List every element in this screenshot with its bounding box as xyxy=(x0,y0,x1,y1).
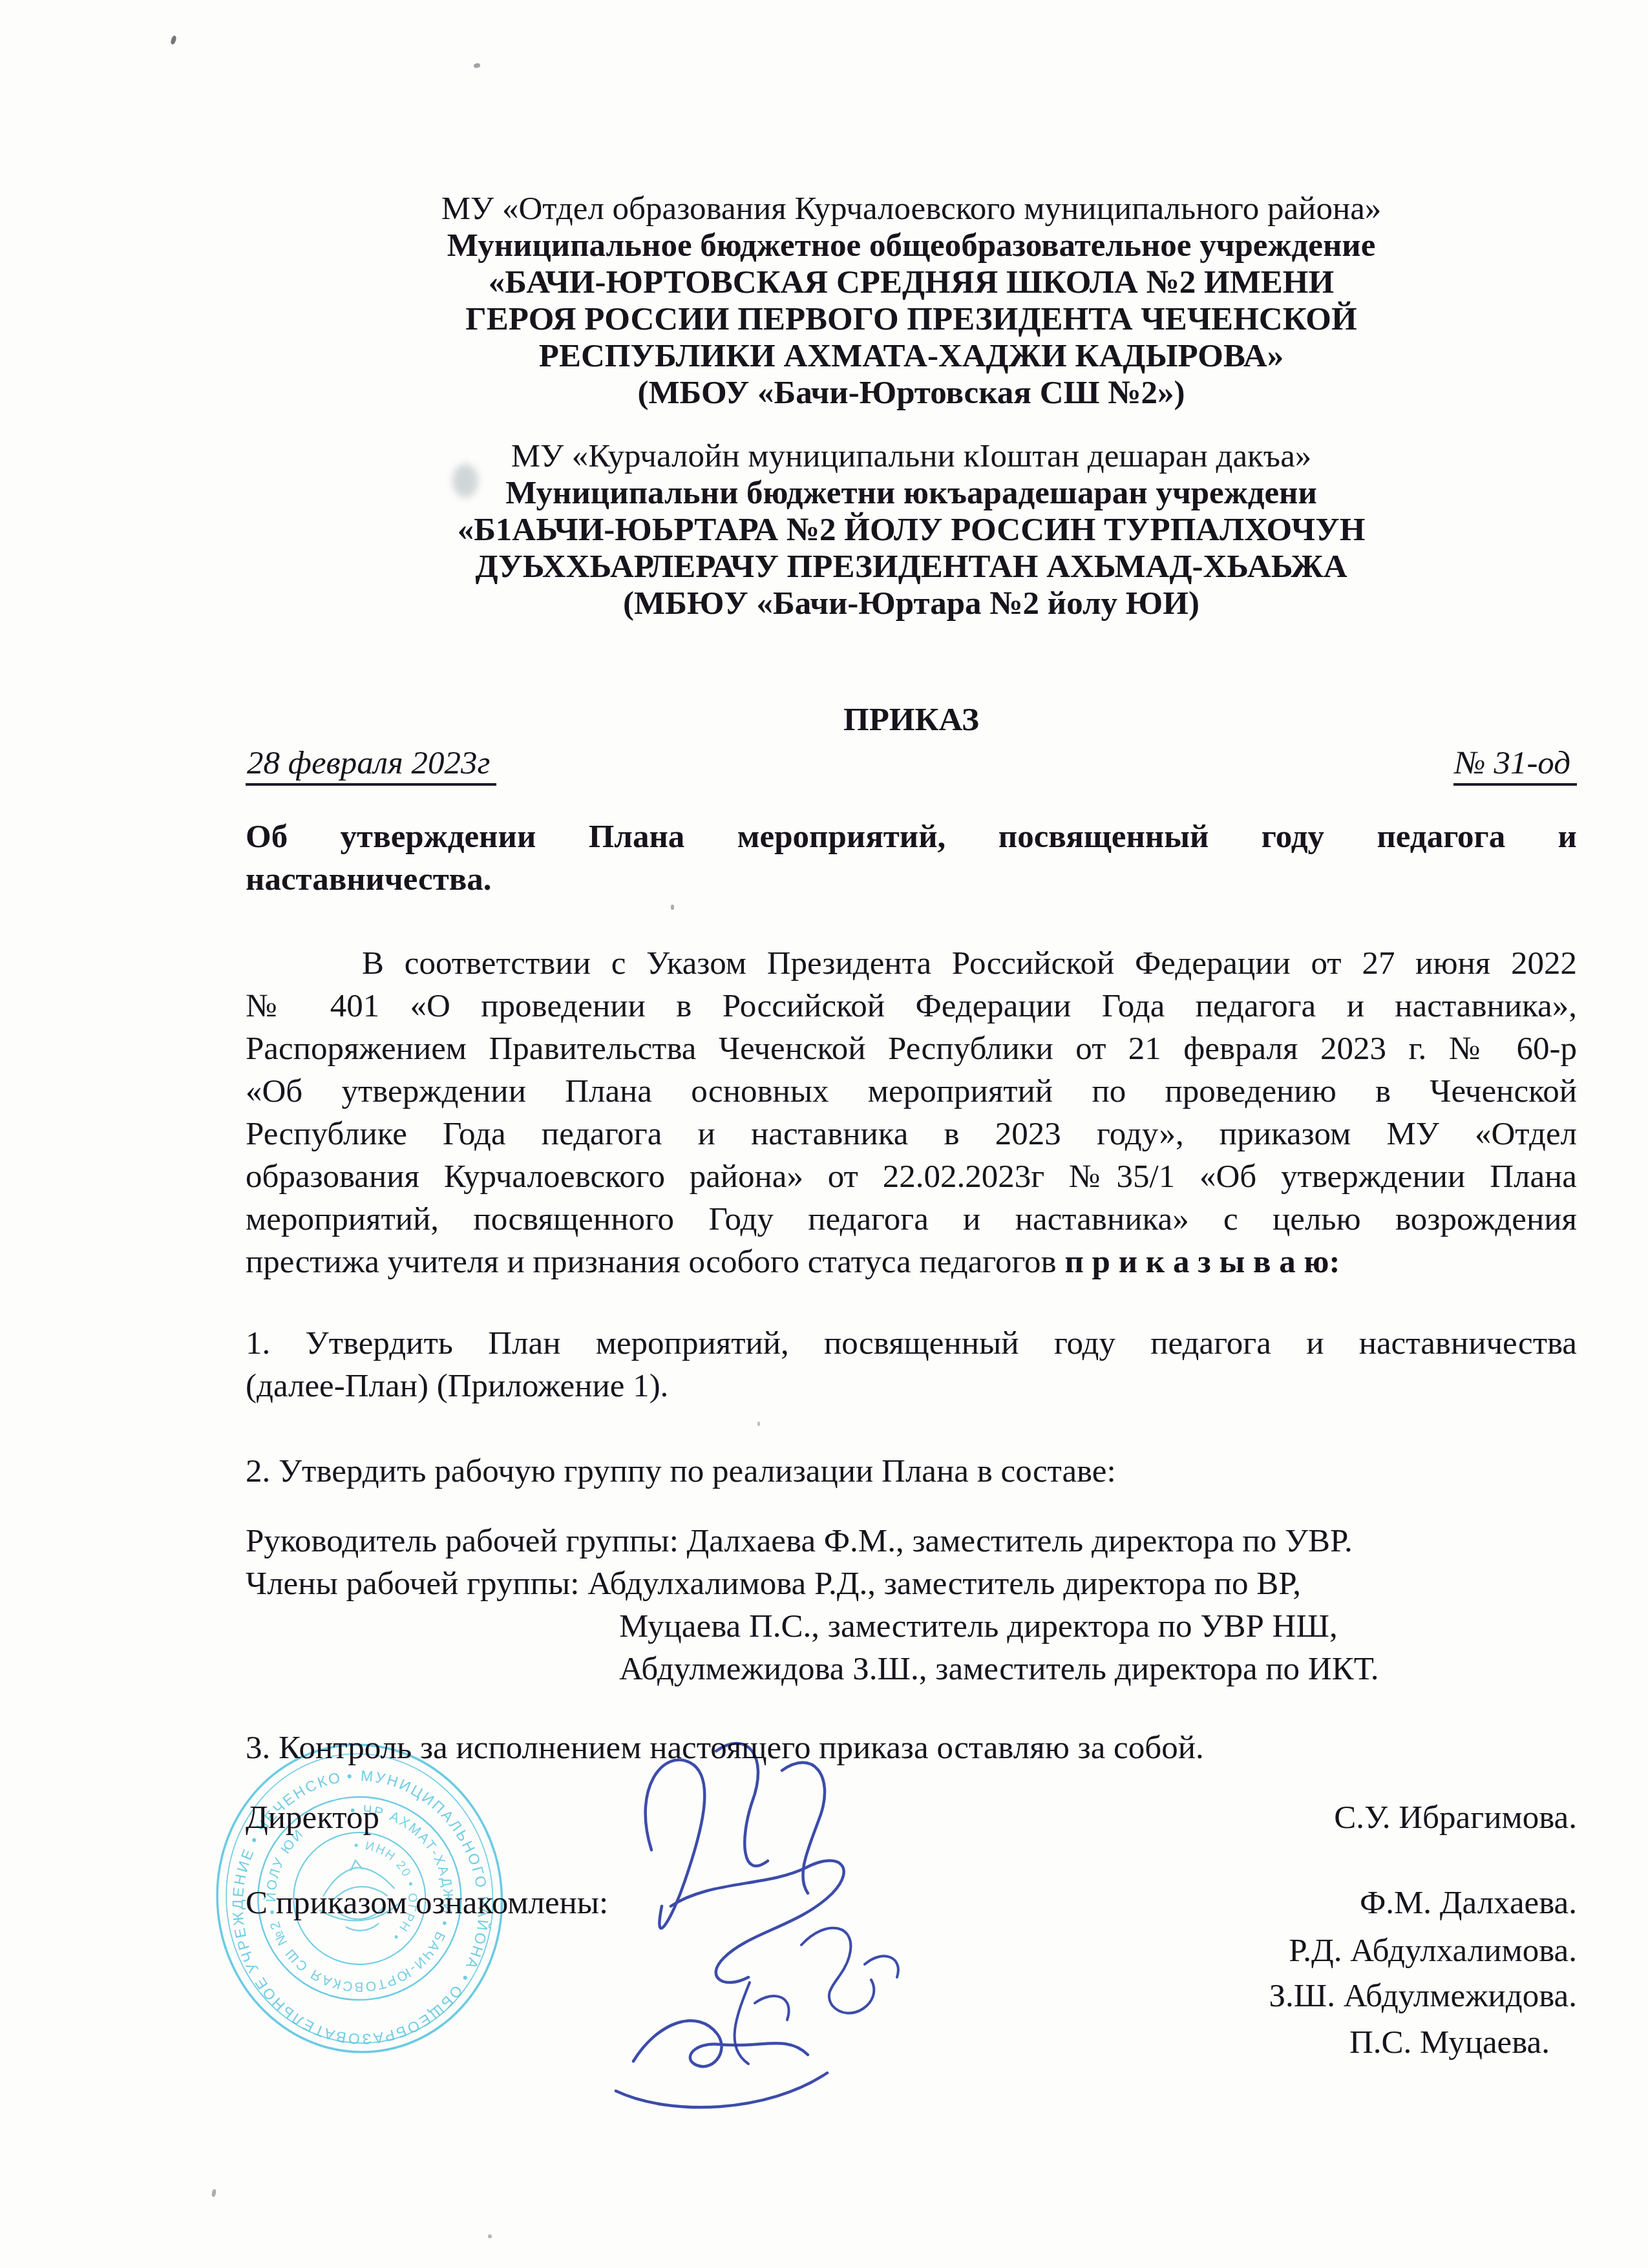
body-line: образования Курчалоевского района» от 22… xyxy=(246,1155,1577,1198)
body-decree-word: п р и к а з ы в а ю: xyxy=(1064,1244,1340,1280)
order-body-paragraph: В соответствии с Указом Президента Росси… xyxy=(246,942,1577,1283)
item1-line: (далее-План) (Приложение 1). xyxy=(246,1365,1577,1407)
scan-speck xyxy=(170,35,177,45)
date-number-row: 28 февраля 2023г № 31-од xyxy=(246,744,1577,786)
body-line: Распоряжением Правительства Чеченской Ре… xyxy=(246,1027,1577,1070)
official-round-stamp: • МУНИЦИПАЛЬНОГО РАЙОНА • ОБЩЕОБРАЗОВАТЕ… xyxy=(191,1722,528,2083)
subject-line: Об утверждении Плана мероприятий, посвящ… xyxy=(246,815,1577,858)
scan-speck xyxy=(671,905,674,910)
body-last-text: престижа учителя и признания особого ста… xyxy=(246,1244,1064,1280)
letterhead-che-line2: Муниципальни бюджетни юкъарадешаран учре… xyxy=(246,475,1577,512)
group-member-line: Члены рабочей группы: Абдулхалимова Р.Д.… xyxy=(246,1562,1577,1605)
letterhead-che-line1: МУ «Курчалойн муниципальни кIоштан дешар… xyxy=(246,438,1577,475)
svg-text:• ЧР АХМАТ-ХАДЖИ • БАЧИ-ЮРТОВС: • ЧР АХМАТ-ХАДЖИ • БАЧИ-ЮРТОВСКАЯ СШ №2 … xyxy=(254,1793,465,2004)
order-item-2: 2. Утвердить рабочую группу по реализаци… xyxy=(246,1450,1577,1493)
director-signature-stroke xyxy=(646,1743,844,1982)
group-member-line: Муцаева П.С., заместитель директора по У… xyxy=(246,1605,1577,1648)
scan-speck xyxy=(488,2234,492,2238)
group-member-line: Абдулмежидова З.Ш., заместитель директор… xyxy=(246,1648,1577,1690)
item1-line: 1. Утвердить План мероприятий, посвященн… xyxy=(246,1322,1577,1365)
acknowledged-name: Р.Д. Абдулхалимова. xyxy=(1289,1933,1577,1969)
letterhead-ru-line1: МУ «Отдел образования Курчалоевского мун… xyxy=(246,191,1577,227)
letterhead-ru-line2: Муниципальное бюджетное общеобразователь… xyxy=(246,227,1577,264)
scan-speck xyxy=(211,2189,217,2198)
letterhead-ru-line6: (МБОУ «Бачи-Юртовская СШ №2») xyxy=(246,375,1577,412)
letterhead-russian: МУ «Отдел образования Курчалоевского мун… xyxy=(246,191,1577,412)
scan-speck xyxy=(473,63,480,68)
body-line-last: престижа учителя и признания особого ста… xyxy=(246,1241,1577,1283)
stamp-middle-ring-text: • ЧР АХМАТ-ХАДЖИ • БАЧИ-ЮРТОВСКАЯ СШ №2 … xyxy=(254,1793,465,2004)
working-group-list: Руководитель рабочей группы: Далхаева Ф.… xyxy=(246,1520,1577,1690)
stamp-outer-ring-text: • МУНИЦИПАЛЬНОГО РАЙОНА • ОБЩЕОБРАЗОВАТЕ… xyxy=(191,1722,505,2064)
letterhead-che-line5: (МБЮУ «Бачи-Юртара №2 йолу ЮИ) xyxy=(246,585,1577,622)
handwritten-signatures xyxy=(555,1711,955,2120)
item2-line: 2. Утвердить рабочую группу по реализаци… xyxy=(246,1450,1577,1493)
letterhead-ru-line4: ГЕРОЯ РОССИИ ПЕРВОГО ПРЕЗИДЕНТА ЧЕЧЕНСКО… xyxy=(246,301,1577,338)
document-page: МУ «Отдел образования Курчалоевского мун… xyxy=(0,0,1648,2268)
order-title: ПРИКАЗ xyxy=(246,701,1577,739)
letterhead-chechen: МУ «Курчалойн муниципальни кIоштан дешар… xyxy=(246,438,1577,622)
stamp-seal-graphic: • МУНИЦИПАЛЬНОГО РАЙОНА • ОБЩЕОБРАЗОВАТЕ… xyxy=(191,1722,527,2075)
acknowledged-name: П.С. Муцаева. xyxy=(1349,2024,1550,2061)
scan-speck xyxy=(757,1422,760,1426)
subject-line: наставничества. xyxy=(246,858,1577,901)
letterhead-ru-line3: «БАЧИ-ЮРТОВСКАЯ СРЕДНЯЯ ШКОЛА №2 ИМЕНИ xyxy=(246,264,1577,301)
body-line: В соответствии с Указом Президента Росси… xyxy=(246,942,1577,985)
order-number: № 31-од xyxy=(1453,744,1577,786)
order-date: 28 февраля 2023г xyxy=(246,744,496,786)
letterhead-che-line4: ДУЬХХЬАРЛЕРАЧУ ПРЕЗИДЕНТАН АХЬМАД-ХЬАЬЖА xyxy=(246,549,1577,585)
order-subject: Об утверждении Плана мероприятий, посвящ… xyxy=(246,815,1577,901)
body-line: № 401 «О проведении в Российской Федерац… xyxy=(246,985,1577,1027)
letterhead-ru-line5: РЕСПУБЛИКИ АХМАТА-ХАДЖИ КАДЫРОВА» xyxy=(246,338,1577,375)
director-name: С.У. Ибрагимова. xyxy=(1334,1799,1577,1836)
acknowledged-name: Ф.М. Далхаева. xyxy=(1360,1884,1577,1922)
signature-strokes-graphic xyxy=(555,1711,955,2112)
svg-text:• МУНИЦИПАЛЬНОГО РАЙОНА • ОБЩЕ: • МУНИЦИПАЛЬНОГО РАЙОНА • ОБЩЕОБРАЗОВАТЕ… xyxy=(191,1722,505,2064)
body-line: «Об утверждении Плана основных мероприят… xyxy=(246,1070,1577,1113)
letterhead-che-line3: «Б1АЬЧИ-ЮЬРТАРА №2 ЙОЛУ РОССИН ТУРПАЛХОЧ… xyxy=(246,512,1577,549)
bottom-signature-stroke xyxy=(616,2021,827,2107)
group-leader-line: Руководитель рабочей группы: Далхаева Ф.… xyxy=(246,1520,1577,1562)
stamp-center-emblem xyxy=(315,1856,403,1935)
order-item-1: 1. Утвердить План мероприятий, посвященн… xyxy=(246,1322,1577,1407)
body-line: мероприятий, посвященного Году педагога … xyxy=(246,1198,1577,1241)
body-line: Республике Года педагога и наставника в … xyxy=(246,1113,1577,1155)
acknowledged-name: З.Ш. Абдулмежидова. xyxy=(1269,1978,1577,2014)
